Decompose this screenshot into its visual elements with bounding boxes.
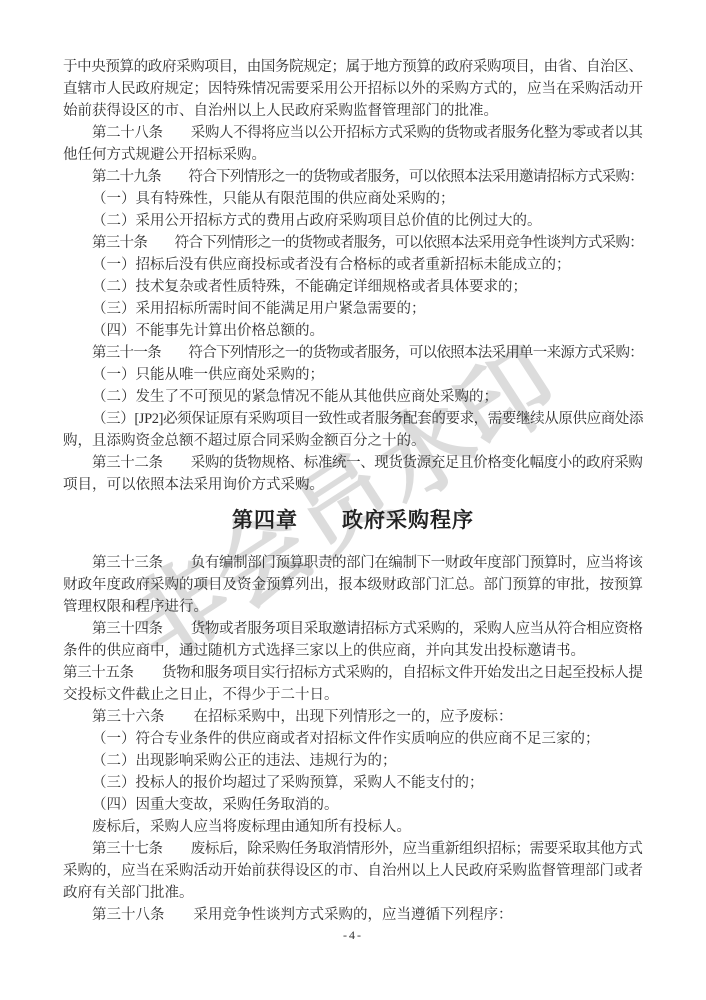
text-line: 第二十八条 采购人不得将应当以公开招标方式采购的货物或者服务化整为零或者以其 [63, 122, 643, 144]
text-line: 第三十一条 符合下列情形之一的货物或者服务，可以依照本法采用单一来源方式采购： [63, 342, 643, 364]
text-line: （一）具有特殊性，只能从有限范围的供应商处采购的； [63, 188, 643, 210]
text-line: （二）出现影响采购公正的违法、违规行为的； [63, 750, 643, 772]
text-line: 第三十六条 在招标采购中，出现下列情形之一的，应予废标： [63, 706, 643, 728]
text-line: 第三十二条 采购的货物规格、标准统一、现货货源充足且价格变化幅度小的政府采购 [63, 452, 643, 474]
text-line: （一）符合专业条件的供应商或者对招标文件作实质响应的供应商不足三家的； [63, 728, 643, 750]
text-line: 第三十七条 废标后，除采购任务取消情形外，应当重新组织招标；需要采取其他方式 [63, 838, 643, 860]
text-line: 条件的供应商中，通过随机方式选择三家以上的供应商，并向其发出投标邀请书。 [63, 640, 643, 662]
text-line: 购，且添购资金总额不超过原合同采购金额百分之十的。 [63, 430, 643, 452]
text-line: 交投标文件截止之日止，不得少于二十日。 [63, 684, 643, 706]
text-line: 采购的，应当在采购活动开始前获得设区的市、自治州以上人民政府采购监督管理部门或者 [63, 860, 643, 882]
text-line: 第三十五条 货物和服务项目实行招标方式采购的，自招标文件开始发出之日起至投标人提 [63, 662, 643, 684]
page-number: -4- [0, 928, 706, 943]
document-page: 非会员水印 于中央预算的政府采购项目，由国务院规定；属于地方预算的政府采购项目，… [0, 0, 706, 1000]
text-line: 第三十八条 采用竞争性谈判方式采购的，应当遵循下列程序： [63, 904, 643, 926]
text-line: 财政年度政府采购的项目及资金预算列出，报本级财政部门汇总。部门预算的审批，按预算 [63, 574, 643, 596]
text-line: 他任何方式规避公开招标采购。 [63, 144, 643, 166]
text-line: 于中央预算的政府采购项目，由国务院规定；属于地方预算的政府采购项目，由省、自治区… [63, 56, 643, 78]
text-line: （二）发生了不可预见的紧急情况不能从其他供应商处采购的； [63, 386, 643, 408]
text-line: （二）技术复杂或者性质特殊，不能确定详细规格或者具体要求的； [63, 276, 643, 298]
text-line: （一）只能从唯一供应商处采购的； [63, 364, 643, 386]
text-line: （三）采用招标所需时间不能满足用户紧急需要的； [63, 298, 643, 320]
text-line: 第二十九条 符合下列情形之一的货物或者服务，可以依照本法采用邀请招标方式采购： [63, 166, 643, 188]
text-line: 第三十四条 货物或者服务项目采取邀请招标方式采购的，采购人应当从符合相应资格 [63, 618, 643, 640]
text-line: 项目，可以依照本法采用询价方式采购。 [63, 474, 643, 496]
text-line: 直辖市人民政府规定；因特殊情况需要采用公开招标以外的采购方式的，应当在采购活动开 [63, 78, 643, 100]
document-body: 于中央预算的政府采购项目，由国务院规定；属于地方预算的政府采购项目，由省、自治区… [63, 56, 643, 926]
text-line: 废标后，采购人应当将废标理由通知所有投标人。 [63, 816, 643, 838]
chapter-heading: 第四章 政府采购程序 [63, 506, 643, 534]
text-line: （三）投标人的报价均超过了采购预算，采购人不能支付的； [63, 772, 643, 794]
text-line: 第三十条 符合下列情形之一的货物或者服务，可以依照本法采用竞争性谈判方式采购： [63, 232, 643, 254]
text-line: （四）不能事先计算出价格总额的。 [63, 320, 643, 342]
text-line: 政府有关部门批准。 [63, 882, 643, 904]
text-line: （三）[JP2]必须保证原有采购项目一致性或者服务配套的要求，需要继续从原供应商… [63, 408, 643, 430]
text-line: 第三十三条 负有编制部门预算职责的部门在编制下一财政年度部门预算时，应当将该 [63, 552, 643, 574]
text-line: （四）因重大变故，采购任务取消的。 [63, 794, 643, 816]
text-line: 管理权限和程序进行。 [63, 596, 643, 618]
text-line: （一）招标后没有供应商投标或者没有合格标的或者重新招标未能成立的； [63, 254, 643, 276]
text-line: （二）采用公开招标方式的费用占政府采购项目总价值的比例过大的。 [63, 210, 643, 232]
text-line: 始前获得设区的市、自治州以上人民政府采购监督管理部门的批准。 [63, 100, 643, 122]
